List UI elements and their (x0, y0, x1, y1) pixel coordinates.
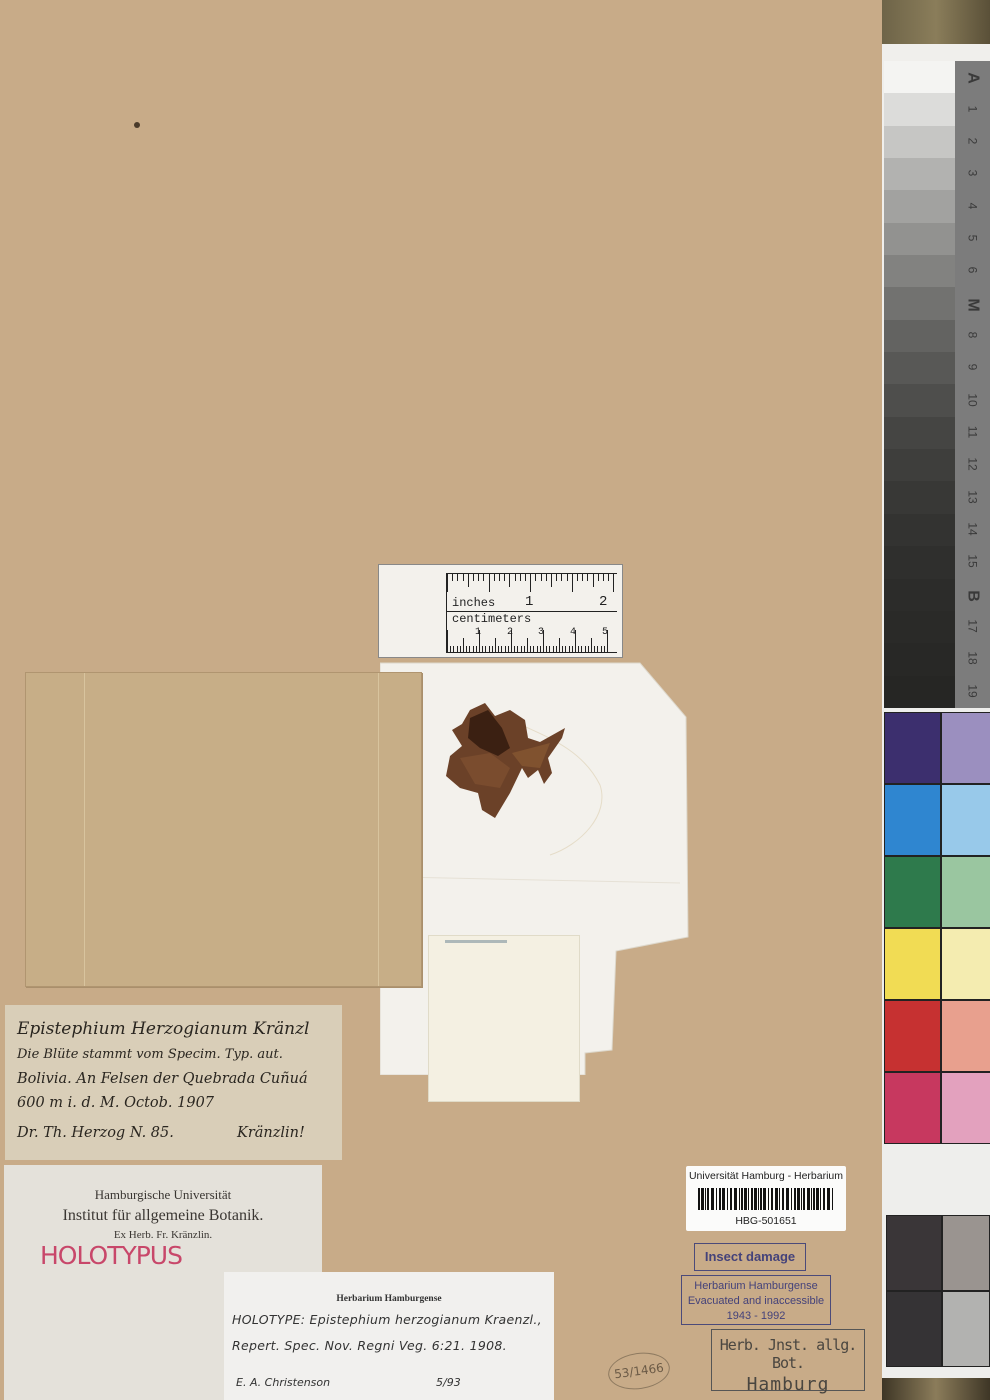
color-swatch (884, 928, 941, 1000)
determination-label: Epistephium Herzogianum Kränzl Die Blüte… (5, 1005, 342, 1160)
det-line-locality: Bolivia. An Felsen der Quebrada Cuñuá (17, 1071, 308, 1087)
ruler-tick (501, 646, 502, 652)
ruler-tick (498, 646, 499, 652)
ruler-tick (562, 646, 563, 652)
gray-step (884, 579, 955, 611)
ruler-tick (575, 630, 576, 652)
ruler-tick (572, 646, 573, 652)
ruler-tick (553, 646, 554, 652)
annotation-date: 5/93 (436, 1376, 461, 1389)
gray-swatch (942, 1215, 990, 1291)
ruler-tick (598, 574, 599, 581)
ruler-tick (489, 646, 490, 652)
inches-label: inches (452, 596, 495, 610)
ruler-tick (509, 574, 510, 587)
ruler-tick (567, 574, 568, 581)
color-swatch (884, 784, 941, 856)
ruler-tick (466, 646, 467, 652)
color-swatch (941, 856, 990, 928)
ruler-tick (601, 646, 602, 652)
herb-stamp-line-2: Hamburg (712, 1374, 864, 1395)
ruler-tick (525, 574, 526, 581)
holotype-annotation-label: Herbarium Hamburgense HOLOTYPE: Episteph… (224, 1272, 554, 1400)
ruler-tick (537, 646, 538, 652)
evacuated-stamp: Herbarium Hamburgense Evacuated and inac… (681, 1275, 831, 1325)
ruler-tick (476, 646, 477, 652)
gray-scale-label: 12 (966, 447, 980, 482)
ruler-tick (515, 574, 516, 581)
ruler-tick (479, 630, 480, 652)
gray-scale-label: 2 (966, 123, 980, 158)
ruler-tick (546, 574, 547, 581)
annotator-name: E. A. Christenson (236, 1376, 330, 1389)
scanner-edge-bottom (882, 1378, 990, 1400)
packet-mark (445, 940, 507, 943)
ruler-tick (543, 630, 544, 652)
gray-scale-label: 18 (966, 641, 980, 676)
ruler-tick (489, 574, 490, 592)
ruler-tick (463, 574, 464, 581)
gray-scale-label: 10 (966, 382, 980, 417)
det-line-note: Die Blüte stammt vom Specim. Typ. aut. (17, 1047, 283, 1062)
ruler-tick (588, 646, 589, 652)
ruler-tick (504, 574, 505, 581)
envelope-flap-right (378, 673, 421, 986)
ruler-tick (494, 574, 495, 581)
ruler-tick (594, 646, 595, 652)
gray-scale-label: 9 (966, 350, 980, 385)
gray-step (884, 449, 955, 481)
ruler-tick (511, 630, 512, 652)
gray-scale-label: 3 (966, 156, 980, 191)
gray-step (884, 611, 955, 643)
ruler-tick (457, 574, 458, 581)
envelope-flap-left (26, 673, 85, 986)
ruler-tick (565, 646, 566, 652)
inst-ex-herb: Ex Herb. Fr. Kränzlin. (4, 1229, 322, 1241)
gray-scale-label: 5 (966, 220, 980, 255)
gray-step (884, 158, 955, 190)
ruler-tick (581, 646, 582, 652)
ruler-tick (608, 574, 609, 581)
evacuated-line-2: Evacuated and inaccessible (682, 1294, 830, 1309)
scale-ruler: inches centimeters 1 2 1 2 3 4 5 (378, 564, 623, 658)
ruler-tick (613, 574, 614, 592)
ruler-tick (505, 646, 506, 652)
barcode-id: HBG-501651 (686, 1215, 846, 1227)
gray-step (884, 676, 955, 708)
ruler-tick (546, 646, 547, 652)
centimeters-label: centimeters (452, 612, 531, 626)
ruler-tick (463, 638, 464, 652)
ruler-tick (549, 646, 550, 652)
ruler-tick (569, 646, 570, 652)
ruler-tick (468, 574, 469, 587)
ruler-tick (556, 574, 557, 581)
ruler-tick (482, 646, 483, 652)
ruler-tick (585, 646, 586, 652)
evacuated-line-3: 1943 - 1992 (682, 1309, 830, 1324)
gray-step (884, 255, 955, 287)
annotation-line-1: HOLOTYPE: Epistephium herzogianum Kraenz… (232, 1312, 542, 1327)
color-swatch (884, 1000, 941, 1072)
ruler-tick (604, 646, 605, 652)
annotation-header: Herbarium Hamburgense (224, 1294, 554, 1304)
ruler-scale: inches centimeters 1 2 1 2 3 4 5 (446, 573, 617, 653)
ruler-tick (524, 646, 525, 652)
gray-step (884, 320, 955, 352)
inch-mark-2: 2 (599, 594, 607, 610)
ruler-tick (483, 574, 484, 581)
herbarium-hamburg-stamp: Herb. Jnst. allg. Bot. Hamburg (711, 1329, 865, 1391)
cm-mark-2: 2 (507, 627, 513, 638)
gray-step (884, 352, 955, 384)
gray-step (884, 481, 955, 513)
color-swatch (884, 1072, 941, 1144)
dried-flower-specimen (440, 698, 570, 833)
ruler-tick (469, 646, 470, 652)
inst-university: Hamburgische Universität (4, 1187, 322, 1203)
ruler-tick (453, 646, 454, 652)
inst-institute: Institut für allgemeine Botanik. (4, 1207, 322, 1225)
ruler-tick (587, 574, 588, 581)
gray-swatch (942, 1291, 990, 1367)
holotypus-stamp: HOLOTYPUS (40, 1241, 182, 1270)
ruler-tick (527, 638, 528, 652)
gray-scale-steps (884, 61, 955, 708)
gray-step (884, 546, 955, 578)
gray-step (884, 287, 955, 319)
color-swatch (941, 784, 990, 856)
ruler-tick (561, 574, 562, 581)
barcode-icon[interactable] (698, 1188, 834, 1210)
gray-scale-labels: A123456M89101112131415B171819 (955, 61, 990, 708)
ruler-tick (485, 646, 486, 652)
det-line-taxon: Epistephium Herzogianum Kränzl (17, 1019, 309, 1039)
ruler-tick (473, 646, 474, 652)
gray-scale-label: 1 (966, 91, 980, 126)
fragment-packet (428, 935, 580, 1102)
gray-scale-label: 14 (966, 512, 980, 547)
gray-step (884, 417, 955, 449)
ruler-tick (540, 646, 541, 652)
ruler-tick (603, 574, 604, 581)
ruler-tick (530, 646, 531, 652)
gray-swatch (886, 1215, 942, 1291)
gray-scale-label: A (964, 61, 982, 96)
ruler-tick (577, 574, 578, 581)
gray-scale-label: 4 (966, 188, 980, 223)
gray-scale-label: 11 (966, 415, 980, 450)
gray-step (884, 93, 955, 125)
color-swatch (884, 712, 941, 784)
gray-step (884, 514, 955, 546)
gray-scale-label: 19 (966, 673, 980, 708)
ruler-tick (520, 574, 521, 581)
inch-mark-1: 1 (525, 594, 533, 610)
ruler-tick (541, 574, 542, 581)
gray-step (884, 190, 955, 222)
gray-scale-label: 13 (966, 479, 980, 514)
ruler-tick (514, 646, 515, 652)
ruler-divider (447, 611, 617, 612)
ruler-tick (556, 646, 557, 652)
ruler-tick (495, 638, 496, 652)
herb-stamp-line-1: Herb. Jnst. allg. Bot. (712, 1336, 864, 1372)
ruler-tick (582, 574, 583, 581)
ruler-tick (591, 638, 592, 652)
barcode-label: Universität Hamburg - Herbarium HBG-5016… (686, 1166, 846, 1231)
color-swatch (941, 712, 990, 784)
ruler-tick (457, 646, 458, 652)
ruler-tick (530, 574, 531, 592)
det-line-date: 600 m i. d. M. Octob. 1907 (17, 1095, 214, 1111)
ruler-tick (593, 574, 594, 587)
ruler-tick (508, 646, 509, 652)
scanner-edge (882, 0, 990, 44)
gray-step (884, 384, 955, 416)
ruler-tick (535, 574, 536, 581)
color-swatch (884, 856, 941, 928)
insect-damage-stamp: Insect damage (694, 1243, 806, 1271)
color-swatch (941, 928, 990, 1000)
annotation-line-2: Repert. Spec. Nov. Regni Veg. 6:21. 1908… (232, 1338, 507, 1353)
barcode-title: Universität Hamburg - Herbarium (686, 1170, 846, 1182)
det-line-determiner: Kränzlin! (237, 1125, 305, 1141)
fragment-envelope[interactable] (25, 672, 422, 987)
ruler-tick (460, 646, 461, 652)
ruler-tick (521, 646, 522, 652)
ruler-tick (517, 646, 518, 652)
color-swatch (941, 1000, 990, 1072)
gray-scale-label: 15 (966, 544, 980, 579)
ruler-tick (452, 574, 453, 581)
ruler-tick (578, 646, 579, 652)
gray-step (884, 126, 955, 158)
gray-scale-label: 17 (966, 609, 980, 644)
gray-step (884, 223, 955, 255)
ruler-tick (492, 646, 493, 652)
gray-step (884, 643, 955, 675)
ruler-tick (597, 646, 598, 652)
ruler-tick (473, 574, 474, 581)
ruler-tick (478, 574, 479, 581)
det-line-collector: Dr. Th. Herzog N. 85. (17, 1125, 174, 1141)
paper-speck (134, 122, 140, 128)
ruler-tick (499, 574, 500, 581)
ruler-tick (533, 646, 534, 652)
gray-step (884, 61, 955, 93)
gray-scale-label: 8 (966, 317, 980, 352)
ruler-tick (551, 574, 552, 587)
ruler-tick (447, 574, 448, 592)
ruler-tick (607, 630, 608, 652)
ruler-tick (447, 630, 448, 652)
evacuated-line-1: Herbarium Hamburgense (682, 1279, 830, 1294)
gray-swatch (886, 1291, 942, 1367)
ruler-tick (450, 646, 451, 652)
ruler-tick (572, 574, 573, 592)
color-swatch (941, 1072, 990, 1144)
ruler-tick (559, 638, 560, 652)
cm-mark-1: 1 (475, 627, 481, 638)
gray-scale-label: 6 (966, 253, 980, 288)
